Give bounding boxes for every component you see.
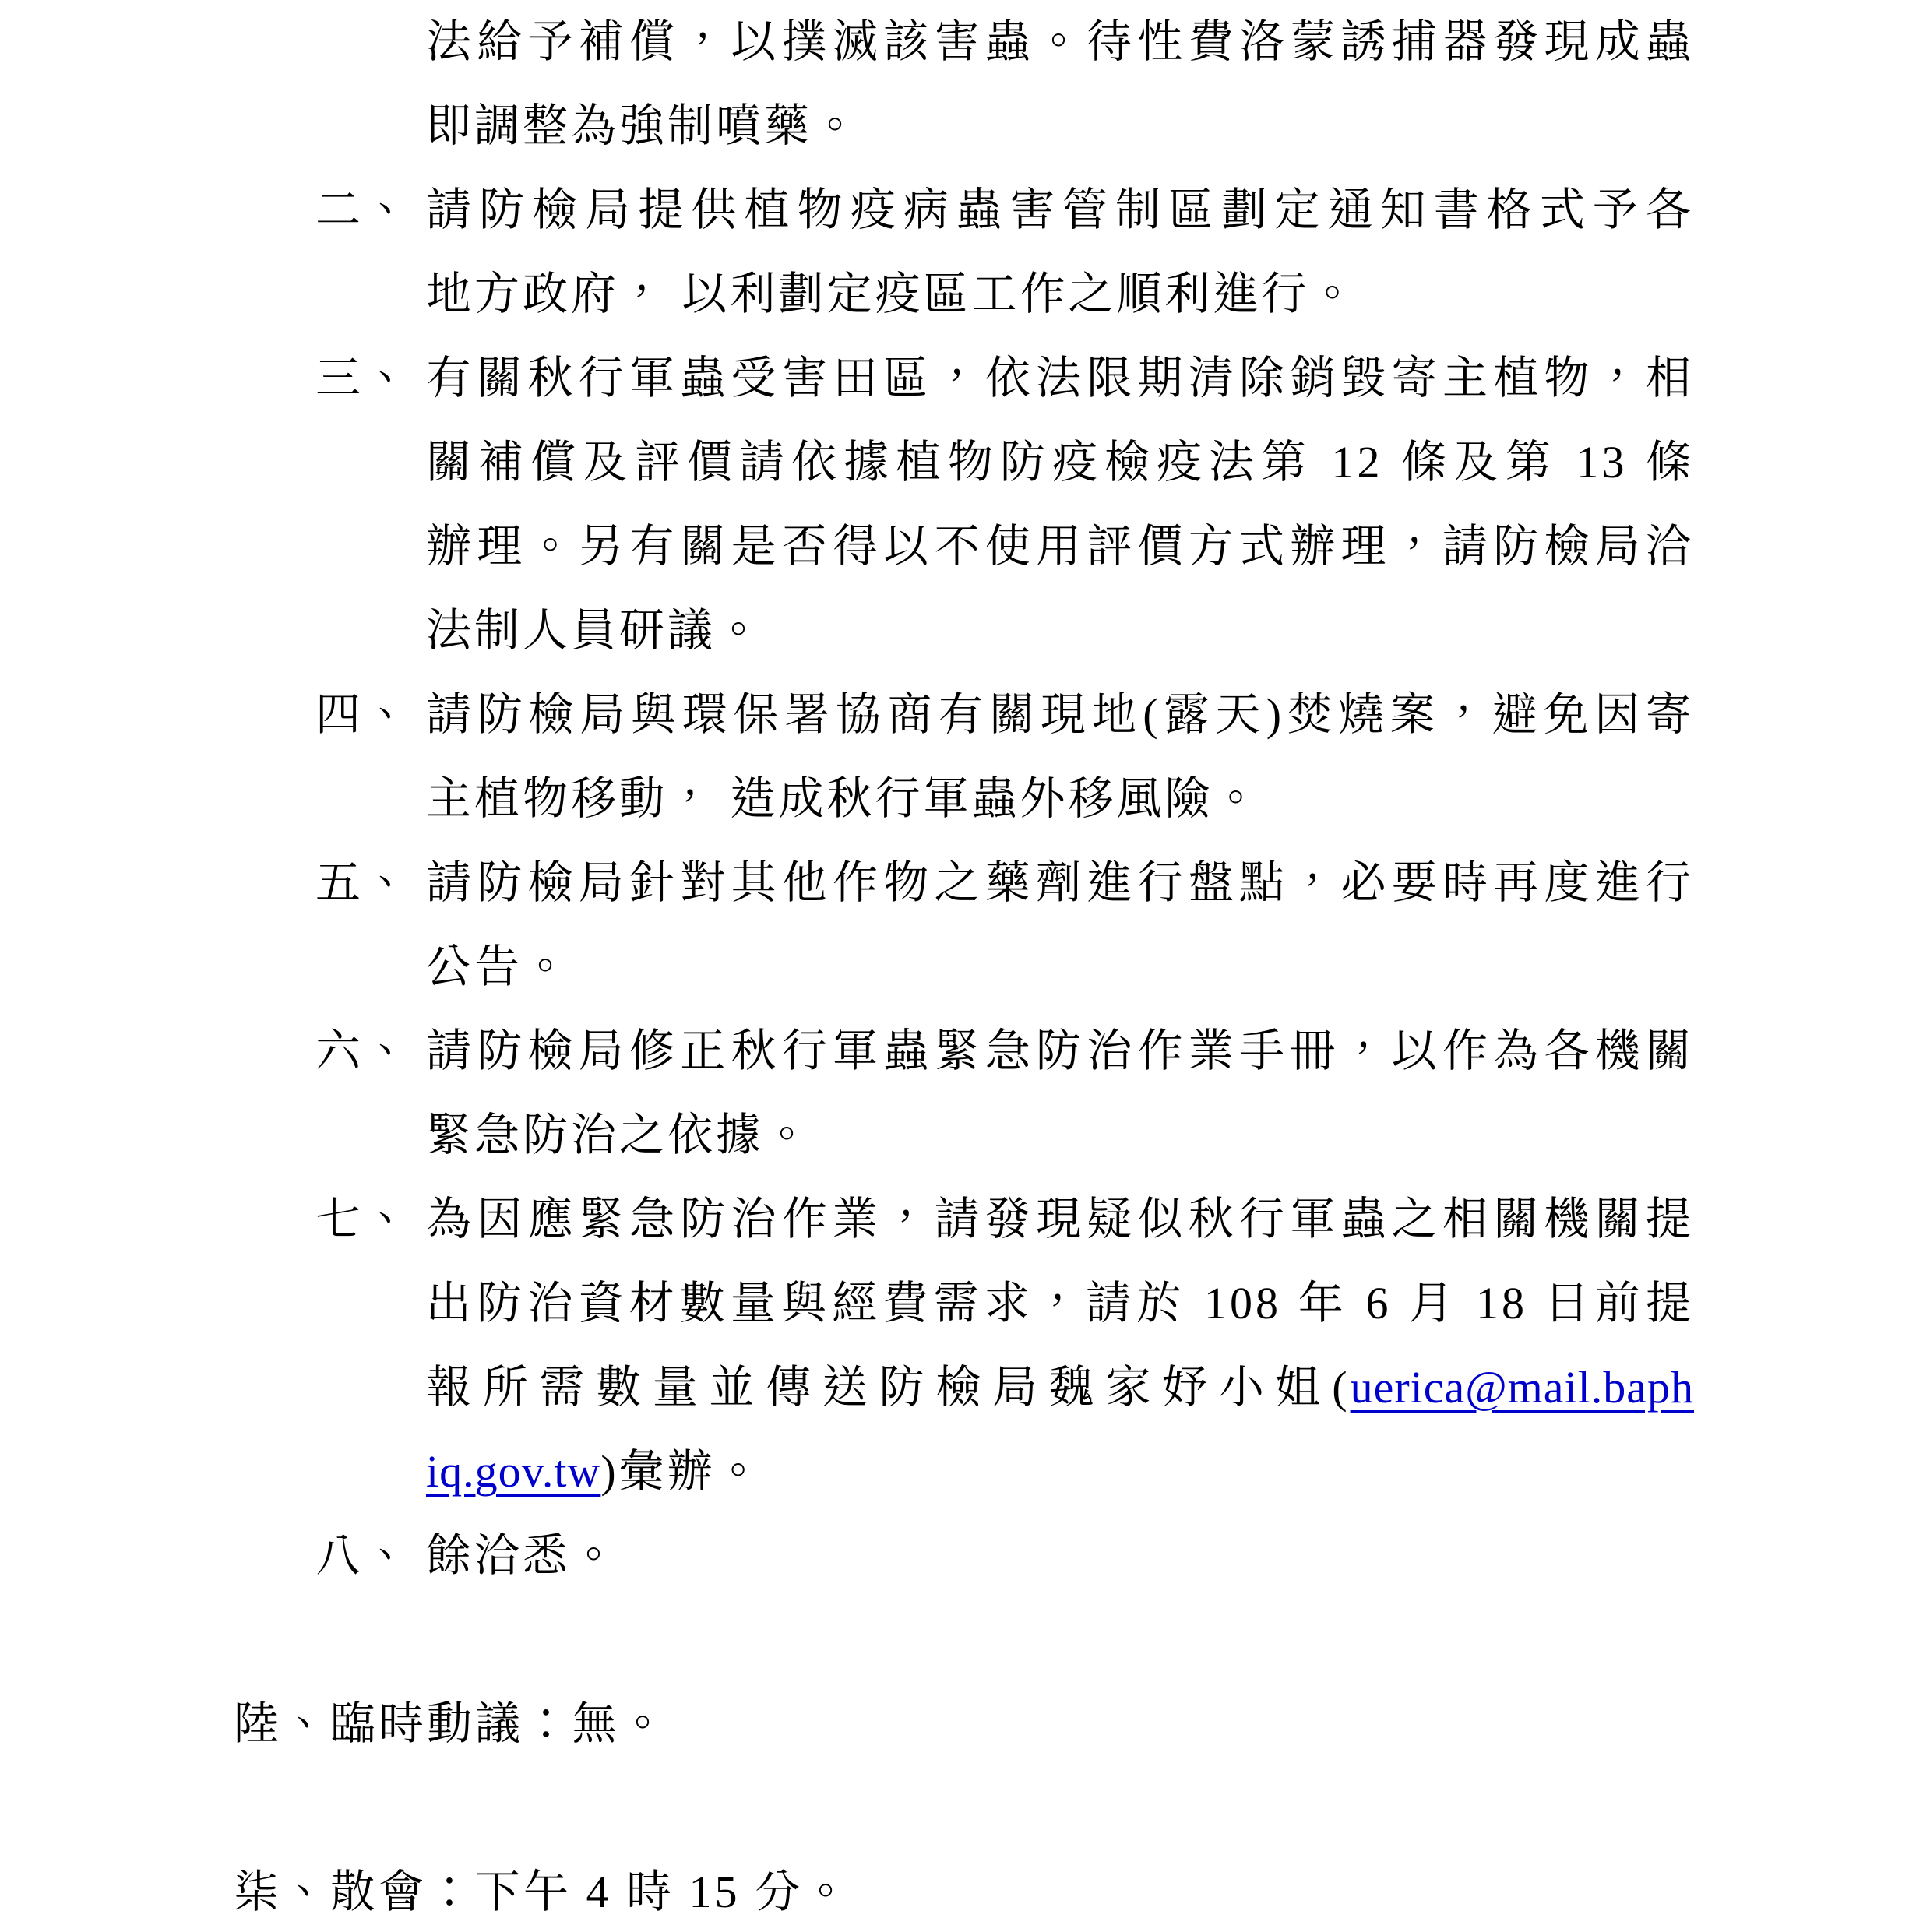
- list-item-line: 六、請防檢局修正秋行軍蟲緊急防治作業手冊，以作為各機關: [315, 1009, 1694, 1093]
- list-item-text: 有關秋行軍蟲受害田區，依法限期清除銷毀寄主植物，相: [426, 336, 1694, 421]
- list-number: 六、: [315, 1009, 426, 1093]
- list-item-text: 請防檢局與環保署協商有關現地(露天)焚燒案，避免因寄: [426, 673, 1694, 757]
- list-item-line: 八、餘洽悉。: [315, 1514, 1694, 1598]
- text-run: 餘洽悉。: [426, 1530, 619, 1581]
- text-run: )彙辦。: [600, 1446, 763, 1497]
- text-run: 為因應緊急防治作業，請發現疑似秋行軍蟲之相關機關提: [426, 1194, 1694, 1244]
- blank-line: [0, 1766, 1930, 1850]
- text-run: 主植物移動， 造成秋行軍蟲外移風險。: [426, 773, 1262, 824]
- section-heading: 陸、臨時動議：無。: [234, 1682, 1869, 1766]
- text-line: 報所需數量並傳送防檢局魏家妤小姐(uerica@mail.baph: [426, 1346, 1694, 1430]
- list-number: 八、: [315, 1514, 426, 1598]
- list-item-line: 七、為因應緊急防治作業，請發現疑似秋行軍蟲之相關機關提: [315, 1177, 1694, 1262]
- list-item-text: 請防檢局修正秋行軍蟲緊急防治作業手冊，以作為各機關: [426, 1009, 1694, 1093]
- text-run: 請防檢局針對其他作物之藥劑進行盤點，必要時再度進行: [426, 857, 1694, 908]
- text-run: 陸、臨時動議：無。: [234, 1698, 668, 1749]
- text-run: 關補償及評價請依據植物防疫檢疫法第 12 條及第 13 條: [426, 437, 1694, 487]
- text-run: 報所需數量並傳送防檢局魏家妤小姐(: [426, 1362, 1351, 1413]
- text-run: 出防治資材數量與經費需求，請於 108 年 6 月 18 日前提: [426, 1278, 1694, 1328]
- list-item-line: 三、有關秋行軍蟲受害田區，依法限期清除銷毀寄主植物，相: [315, 336, 1694, 421]
- list-number: 二、: [315, 168, 426, 252]
- list-item-text: 請防檢局針對其他作物之藥劑進行盤點，必要時再度進行: [426, 841, 1694, 925]
- text-run: 地方政府， 以利劃定疫區工作之順利進行。: [426, 269, 1358, 319]
- text-run: 柒、散會：下午 4 時 15 分。: [234, 1867, 851, 1917]
- list-number: 五、: [315, 841, 426, 925]
- email-link[interactable]: iq.gov.tw: [426, 1446, 600, 1497]
- blank-line: [0, 1598, 1930, 1682]
- list-number: 四、: [315, 673, 426, 757]
- text-run: 請防檢局與環保署協商有關現地(露天)焚燒案，避免因寄: [426, 689, 1694, 740]
- list-item-text: 請防檢局提供植物疫病蟲害管制區劃定通知書格式予各: [426, 168, 1694, 252]
- document-body: 法給予補償，以撲滅該害蟲。待性費洛蒙誘捕器發現成蟲即調整為強制噴藥。二、請防檢局…: [0, 0, 1930, 1932]
- text-line: 緊急防治之依據。: [426, 1093, 1694, 1177]
- list-item-line: 四、請防檢局與環保署協商有關現地(露天)焚燒案，避免因寄: [315, 673, 1694, 757]
- list-item-text: 為因應緊急防治作業，請發現疑似秋行軍蟲之相關機關提: [426, 1177, 1694, 1262]
- text-line: iq.gov.tw)彙辦。: [426, 1430, 1694, 1514]
- text-run: 即調整為強制噴藥。: [426, 100, 861, 151]
- text-run: 有關秋行軍蟲受害田區，依法限期清除銷毀寄主植物，相: [426, 353, 1694, 403]
- section-heading: 柒、散會：下午 4 時 15 分。: [234, 1850, 1869, 1932]
- list-item-text: 餘洽悉。: [426, 1514, 1694, 1598]
- text-line: 法制人員研議。: [426, 589, 1694, 673]
- text-run: 法制人員研議。: [426, 605, 764, 656]
- text-line: 公告。: [426, 925, 1694, 1009]
- text-run: 辦理。另有關是否得以不使用評價方式辦理，請防檢局洽: [426, 521, 1694, 572]
- text-run: 緊急防治之依據。: [426, 1110, 812, 1160]
- text-line: 主植物移動， 造成秋行軍蟲外移風險。: [426, 757, 1694, 841]
- email-link[interactable]: uerica@mail.baph: [1351, 1362, 1694, 1413]
- list-number: 三、: [315, 336, 426, 421]
- text-line: 法給予補償，以撲滅該害蟲。待性費洛蒙誘捕器發現成蟲: [426, 0, 1694, 84]
- text-line: 出防治資材數量與經費需求，請於 108 年 6 月 18 日前提: [426, 1262, 1694, 1346]
- text-line: 關補償及評價請依據植物防疫檢疫法第 12 條及第 13 條: [426, 421, 1694, 505]
- list-item-line: 二、請防檢局提供植物疫病蟲害管制區劃定通知書格式予各: [315, 168, 1694, 252]
- text-run: 公告。: [426, 941, 571, 992]
- text-line: 即調整為強制噴藥。: [426, 84, 1694, 168]
- text-run: 請防檢局提供植物疫病蟲害管制區劃定通知書格式予各: [426, 185, 1694, 235]
- text-line: 辦理。另有關是否得以不使用評價方式辦理，請防檢局洽: [426, 505, 1694, 589]
- text-run: 請防檢局修正秋行軍蟲緊急防治作業手冊，以作為各機關: [426, 1026, 1694, 1076]
- document-page: 法給予補償，以撲滅該害蟲。待性費洛蒙誘捕器發現成蟲即調整為強制噴藥。二、請防檢局…: [0, 0, 1930, 1932]
- list-item-line: 五、請防檢局針對其他作物之藥劑進行盤點，必要時再度進行: [315, 841, 1694, 925]
- text-line: 地方政府， 以利劃定疫區工作之順利進行。: [426, 252, 1694, 336]
- list-number: 七、: [315, 1177, 426, 1262]
- text-run: 法給予補償，以撲滅該害蟲。待性費洛蒙誘捕器發現成蟲: [426, 16, 1694, 67]
